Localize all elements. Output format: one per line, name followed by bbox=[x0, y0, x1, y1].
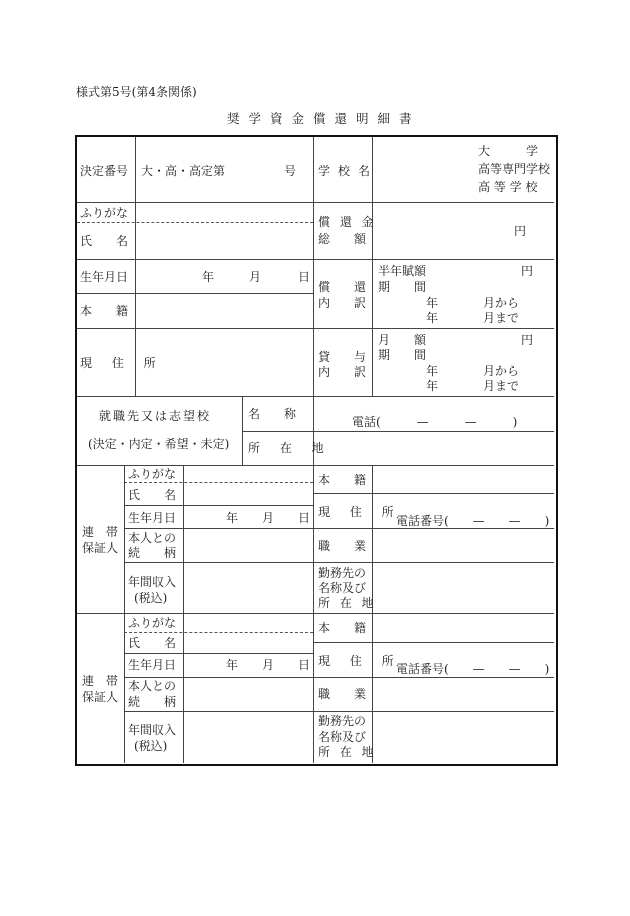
divider bbox=[313, 465, 314, 763]
employment-label: 就職先又は志望校 bbox=[99, 408, 211, 424]
name-field[interactable] bbox=[185, 484, 312, 504]
repay-total-label-2: 総 額 bbox=[318, 231, 366, 247]
annual-income-field[interactable] bbox=[185, 713, 312, 761]
relation-field[interactable] bbox=[185, 530, 312, 561]
guarantor-section-label-2: 保証人 bbox=[82, 540, 118, 556]
semiannual-amount-label: 半年賦額 bbox=[378, 263, 426, 279]
loan-detail-label: 貸 与 bbox=[318, 349, 366, 365]
annual-income-label: 年間収入 bbox=[128, 722, 176, 738]
repay-period-label: 期 間 bbox=[378, 279, 426, 295]
dashed-divider bbox=[124, 632, 313, 633]
furigana-label: ふりがな bbox=[128, 615, 176, 631]
guarantor-section-label: 連 帯 bbox=[82, 524, 118, 540]
annual-income-label-2: (税込) bbox=[134, 590, 167, 606]
furigana-field[interactable] bbox=[137, 204, 312, 221]
relation-label: 本人との bbox=[128, 678, 176, 694]
loan-detail-label-2: 内 訳 bbox=[318, 364, 366, 380]
employment-name-label: 名 称 bbox=[248, 406, 296, 422]
divider bbox=[124, 505, 313, 506]
school-type-university[interactable]: 大 学 bbox=[478, 143, 538, 159]
relation-label-2: 続 柄 bbox=[128, 545, 176, 561]
furigana-field[interactable] bbox=[185, 615, 312, 631]
divider bbox=[77, 396, 554, 397]
birth-date-label: 生年月日 bbox=[128, 657, 176, 673]
school-type-high-school[interactable]: 高 等 学 校 bbox=[478, 179, 537, 195]
name-field[interactable] bbox=[185, 634, 312, 652]
repay-to-year: 年 bbox=[426, 310, 438, 326]
loan-from-month: 月から bbox=[483, 363, 519, 379]
current-address-label: 現 住 所 bbox=[318, 653, 402, 669]
school-type-technical-college[interactable]: 高等専門学校 bbox=[478, 161, 550, 177]
employment-name-field[interactable] bbox=[315, 398, 553, 430]
repay-total-yen: 円 bbox=[514, 223, 526, 239]
occupation-label: 職 業 bbox=[318, 538, 366, 554]
domicile-label: 本 籍 bbox=[318, 620, 366, 636]
birth-month-unit: 月 bbox=[262, 510, 274, 526]
divider bbox=[77, 259, 554, 260]
divider bbox=[77, 293, 313, 294]
repay-total-label: 償 還 金 bbox=[318, 214, 377, 230]
annual-income-label: 年間収入 bbox=[128, 574, 176, 590]
domicile-label: 本 籍 bbox=[80, 303, 128, 319]
form-title: 奨学資金償還明細書 bbox=[227, 111, 421, 127]
decision-number-prefix: 大・高・高定第 bbox=[141, 163, 225, 179]
divider bbox=[124, 653, 313, 654]
divider bbox=[124, 465, 125, 763]
domicile-field[interactable] bbox=[374, 467, 553, 492]
repay-to-month: 月まで bbox=[483, 310, 519, 326]
divider bbox=[183, 465, 184, 763]
semiannual-yen: 円 bbox=[521, 263, 533, 279]
employment-location-field[interactable] bbox=[315, 433, 553, 464]
decision-number-label: 決定番号 bbox=[80, 163, 128, 179]
relation-label-2: 続 柄 bbox=[128, 694, 176, 710]
divider bbox=[242, 431, 554, 432]
workplace-field[interactable] bbox=[374, 713, 553, 761]
divider bbox=[313, 642, 554, 643]
form-number: 様式第5号(第4条関係) bbox=[76, 84, 197, 100]
birth-day-unit: 日 bbox=[298, 657, 310, 673]
domicile-label: 本 籍 bbox=[318, 472, 366, 488]
workplace-field[interactable] bbox=[374, 564, 553, 612]
dashed-divider bbox=[124, 482, 313, 483]
repay-from-month: 月から bbox=[483, 295, 519, 311]
phone-number: 電話番号( — — ) bbox=[396, 661, 549, 677]
loan-to-month: 月まで bbox=[483, 378, 519, 394]
annual-income-field[interactable] bbox=[185, 564, 312, 612]
current-address-label: 現 住 所 bbox=[318, 504, 402, 520]
name-field[interactable] bbox=[137, 224, 312, 258]
divider bbox=[77, 202, 554, 203]
birth-year-unit: 年 bbox=[226, 510, 238, 526]
guarantor-section-label-2: 保証人 bbox=[82, 689, 118, 705]
divider bbox=[313, 137, 314, 396]
name-label: 氏 名 bbox=[80, 233, 128, 249]
repay-detail-label: 償 還 bbox=[318, 279, 366, 295]
divider bbox=[77, 613, 554, 614]
workplace-label-3: 所 在 地 bbox=[318, 744, 377, 760]
monthly-amount-label: 月 額 bbox=[378, 332, 426, 348]
domicile-field[interactable] bbox=[374, 615, 553, 641]
workplace-label-2: 名称及び bbox=[318, 580, 366, 596]
employment-status-options[interactable]: (決定・内定・希望・未定) bbox=[88, 436, 229, 452]
dashed-divider bbox=[77, 222, 313, 223]
occupation-field[interactable] bbox=[374, 530, 553, 561]
name-label: 氏 名 bbox=[128, 487, 176, 503]
birth-date-field[interactable] bbox=[137, 261, 312, 292]
workplace-label-2: 名称及び bbox=[318, 729, 366, 745]
annual-income-label-2: (税込) bbox=[134, 738, 167, 754]
occupation-label: 職 業 bbox=[318, 686, 366, 702]
loan-to-year: 年 bbox=[426, 378, 438, 394]
decision-number-field[interactable] bbox=[229, 160, 279, 178]
decision-number-suffix: 号 bbox=[284, 163, 296, 179]
domicile-field[interactable] bbox=[137, 295, 312, 327]
name-label: 氏 名 bbox=[128, 635, 176, 651]
furigana-label: ふりがな bbox=[80, 205, 128, 221]
school-name-label: 学校名 bbox=[318, 163, 378, 179]
birth-date-label: 生年月日 bbox=[128, 510, 176, 526]
loan-from-year: 年 bbox=[426, 363, 438, 379]
relation-field[interactable] bbox=[185, 679, 312, 710]
divider bbox=[124, 711, 554, 712]
workplace-label-3: 所 在 地 bbox=[318, 595, 377, 611]
occupation-field[interactable] bbox=[374, 679, 553, 710]
furigana-field[interactable] bbox=[185, 466, 312, 481]
repay-total-field[interactable] bbox=[374, 204, 504, 258]
divider bbox=[77, 328, 554, 329]
relation-label: 本人との bbox=[128, 530, 176, 546]
workplace-label: 勤務先の bbox=[318, 565, 366, 581]
loan-period-label: 期 間 bbox=[378, 347, 426, 363]
divider bbox=[124, 677, 554, 678]
workplace-label: 勤務先の bbox=[318, 713, 366, 729]
guarantor-section-label: 連 帯 bbox=[82, 673, 118, 689]
birth-month-unit: 月 bbox=[262, 657, 274, 673]
divider bbox=[124, 562, 554, 563]
repay-detail-label-2: 内 訳 bbox=[318, 295, 366, 311]
monthly-yen: 円 bbox=[521, 332, 533, 348]
phone-number: 電話番号( — — ) bbox=[396, 513, 549, 529]
birth-day-unit: 日 bbox=[298, 510, 310, 526]
divider bbox=[313, 493, 554, 494]
birth-year-unit: 年 bbox=[226, 657, 238, 673]
birth-date-label: 生年月日 bbox=[80, 269, 128, 285]
furigana-label: ふりがな bbox=[128, 466, 176, 482]
repay-from-year: 年 bbox=[426, 295, 438, 311]
current-address-field[interactable] bbox=[137, 330, 312, 395]
